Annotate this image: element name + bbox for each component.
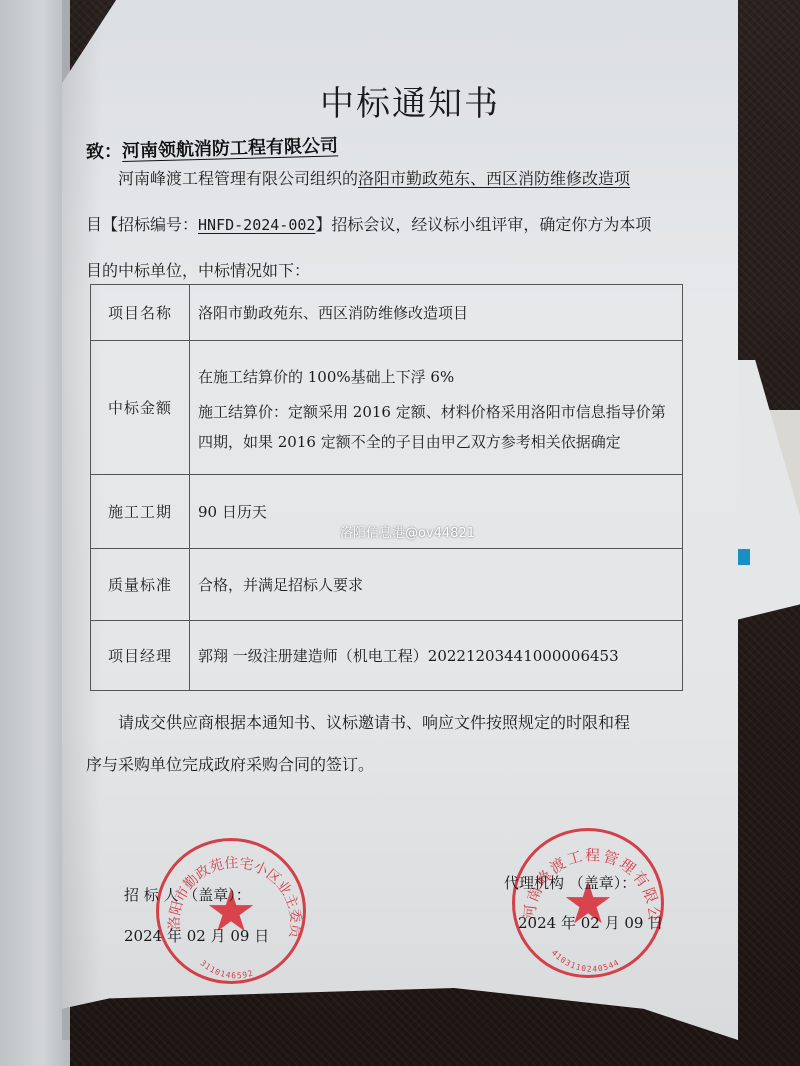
- intro-line-2: 目【招标编号：HNFD-2024-002】招标会议，经议标小组评审，确定你方为本…: [86, 206, 686, 244]
- tenderer-stamp: 洛阳市勤政苑住宅小区业主委员会 3110146592 ★: [156, 838, 306, 984]
- row-value: 在施工结算价的 100%基础上下浮 6% 施工结算价：定额采用 2016 定额、…: [190, 341, 683, 475]
- table-row: 质量标准 合格，并满足招标人要求: [91, 549, 683, 621]
- document-title: 中标通知书: [0, 76, 800, 125]
- binding-page-edge: [0, 0, 70, 1066]
- row-label: 质量标准: [91, 549, 190, 621]
- bid-number: HNFD-2024-002: [198, 216, 315, 234]
- row-label: 施工工期: [91, 475, 190, 549]
- award-table: 项目名称 洛阳市勤政苑东、西区消防维修改造项目 中标金额 在施工结算价的 100…: [90, 284, 683, 691]
- agency-date: 2024 年 02 月 09 日: [518, 912, 663, 933]
- row-label: 项目经理: [91, 621, 190, 691]
- intro-bid-label: 目【招标编号：: [86, 215, 198, 234]
- intro-project-name: 洛阳市勤政苑东、西区消防维修改造项: [358, 169, 630, 188]
- intro-organizer: 河南峰渡工程管理有限公司组织的: [118, 169, 358, 188]
- intro-line-1: 河南峰渡工程管理有限公司组织的洛阳市勤政苑东、西区消防维修改造项: [86, 160, 686, 198]
- row-value: 合格，并满足招标人要求: [190, 549, 683, 621]
- agency-stamp: 河南峰渡工程管理有限公司 4103110240544 ★: [512, 828, 664, 978]
- row-label: 项目名称: [91, 285, 190, 341]
- row-value: 洛阳市勤政苑东、西区消防维修改造项目: [190, 285, 683, 341]
- tenderer-label: 招 标 人 （盖章）：: [124, 884, 251, 905]
- table-row: 中标金额 在施工结算价的 100%基础上下浮 6% 施工结算价：定额采用 201…: [91, 341, 683, 475]
- svg-text:4103110240544: 4103110240544: [550, 948, 622, 974]
- table-row: 项目经理 郭翔 一级注册建造师（机电工程）2022120344100000645…: [91, 621, 683, 691]
- amount-discount: 在施工结算价的 100%基础上下浮 6%: [198, 355, 674, 397]
- closing-line-1: 请成交供应商根据本通知书、议标邀请书、响应文件按照规定的时限和程: [86, 704, 696, 742]
- intro-review-text: 】招标会议，经议标小组评审，确定你方为本项: [315, 215, 651, 234]
- row-value: 郭翔 一级注册建造师（机电工程）20221203441000006453: [190, 621, 683, 691]
- row-label: 中标金额: [91, 341, 190, 475]
- closing-line-2: 序与采购单位完成政府采购合同的签订。: [86, 746, 696, 784]
- amount-settlement-basis: 施工结算价：定额采用 2016 定额、材料价格采用洛阳市信息指导价第四期，如果 …: [198, 397, 674, 461]
- recipient-company: 河南领航消防工程有限公司: [122, 135, 338, 162]
- table-row: 项目名称 洛阳市勤政苑东、西区消防维修改造项目: [91, 285, 683, 341]
- tenderer-date: 2024 年 02 月 09 日: [124, 925, 269, 946]
- agency-label: 代理机构 （盖章）：: [504, 872, 636, 893]
- svg-text:3110146592: 3110146592: [198, 958, 254, 980]
- blue-tab: [738, 549, 750, 565]
- watermark: 洛阳信息港@ov44821: [340, 522, 475, 541]
